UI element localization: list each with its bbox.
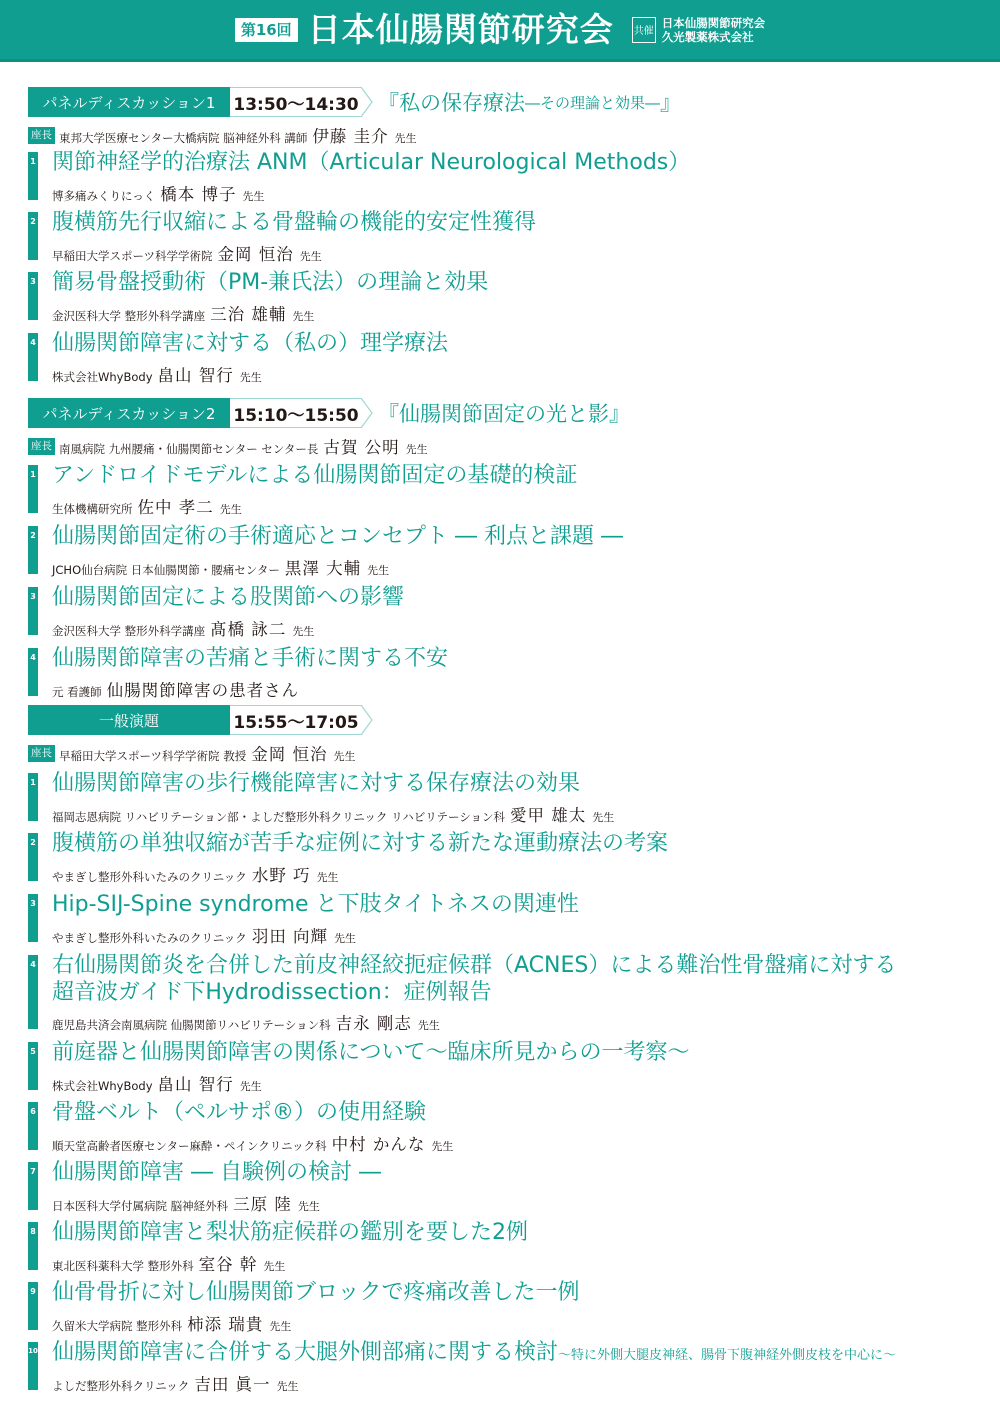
speaker-name: 吉田 眞一 bbox=[194, 1371, 270, 1395]
talk-item: 3 仙腸関節固定による股関節への影響 金沢医科大学 整形外科学講座 髙橋 詠二 … bbox=[28, 587, 988, 635]
chair-badge: 座長 bbox=[28, 745, 55, 762]
session-time: 15:55〜17:05 bbox=[230, 705, 362, 735]
talk-speaker: 博多痛みくりにっく 橋本 博子 先生 bbox=[52, 181, 265, 205]
session-general: 一般演題 15:55〜17:05 座長 早稲田大学スポーツ科学学術院 教授 金岡… bbox=[0, 705, 1000, 735]
speaker-affiliation: 久留米大学病院 整形外科 bbox=[52, 1318, 182, 1334]
session-theme: 『仙腸関節固定の光と影』 bbox=[378, 398, 630, 428]
talk-number: 2 bbox=[28, 838, 38, 847]
theme-sub: ―その理論と効果― bbox=[525, 92, 660, 113]
speaker-honorific: 先生 bbox=[243, 188, 265, 204]
talk-title: 前庭器と仙腸関節障害の関係について〜臨床所見からの一考察〜 bbox=[52, 1039, 690, 1066]
theme-main: 『仙腸関節固定の光と影』 bbox=[378, 398, 630, 428]
talk-item: 4 仙腸関節障害の苦痛と手術に関する不安 元 看護師 仙腸関節障害の患者さん bbox=[28, 648, 988, 696]
speaker-affiliation: 日本医科大学付属病院 脳神経外科 bbox=[52, 1198, 228, 1214]
speaker-honorific: 先生 bbox=[298, 1198, 320, 1214]
talk-number: 3 bbox=[28, 277, 38, 286]
speaker-affiliation: 株式会社WhyBody bbox=[52, 369, 153, 385]
chair-name: 古賀 公明 bbox=[323, 434, 399, 458]
talk-speaker: 早稲田大学スポーツ科学学術院 金岡 恒治 先生 bbox=[52, 241, 322, 265]
session-theme: 『私の保存療法 ―その理論と効果―』 bbox=[378, 87, 681, 117]
talk-speaker: よしだ整形外科クリニック 吉田 眞一 先生 bbox=[52, 1371, 299, 1395]
talk-item: 4 仙腸関節障害に対する（私の）理学療法 株式会社WhyBody 畠山 智行 先… bbox=[28, 333, 988, 381]
talk-title: 仙腸関節障害に合併する大腿外側部痛に関する検討〜特に外側大腿皮神経、腸骨下腹神経… bbox=[52, 1339, 896, 1369]
talk-item: 10 仙腸関節障害に合併する大腿外側部痛に関する検討〜特に外側大腿皮神経、腸骨下… bbox=[28, 1342, 988, 1390]
talk-title-main: 仙腸関節障害に合併する大腿外側部痛に関する検討 bbox=[52, 1340, 558, 1365]
page-header: 第16回 日本仙腸関節研究会 共催 日本仙腸関節研究会 久光製薬株式会社 bbox=[0, 0, 1000, 62]
theme-close: 』 bbox=[660, 87, 681, 117]
chair-affiliation: 東邦大学医療センター大橋病院 脳神経外科 講師 bbox=[59, 130, 307, 146]
speaker-honorific: 先生 bbox=[240, 369, 262, 385]
chairperson: 座長 東邦大学医療センター大橋病院 脳神経外科 講師 伊藤 圭介 先生 bbox=[28, 123, 417, 147]
speaker-name: 仙腸関節障害の患者さん bbox=[107, 677, 300, 701]
talk-title-note: 〜特に外側大腿皮神経、腸骨下腹神経外側皮枝を中心に〜 bbox=[558, 1348, 896, 1363]
talk-item: 7 仙腸関節障害 ― 自験例の検討 ― 日本医科大学付属病院 脳神経外科 三原 … bbox=[28, 1162, 988, 1210]
speaker-affiliation: よしだ整形外科クリニック bbox=[52, 1378, 189, 1394]
speaker-name: 柿添 瑞貴 bbox=[187, 1311, 263, 1335]
talk-title: 仙腸関節障害の苦痛と手術に関する不安 bbox=[52, 645, 448, 672]
edition-badge: 第16回 bbox=[235, 18, 298, 42]
talk-speaker: 金沢医科大学 整形外科学講座 三治 雄輔 先生 bbox=[52, 301, 314, 325]
speaker-name: 畠山 智行 bbox=[158, 1071, 234, 1095]
chair-honorific: 先生 bbox=[406, 441, 428, 457]
speaker-name: 中村 かんな bbox=[332, 1131, 426, 1155]
chevron-right-icon bbox=[360, 398, 374, 428]
talk-number: 1 bbox=[28, 778, 38, 787]
speaker-affiliation: JCHO仙台病院 日本仙腸関節・腰痛センター bbox=[52, 562, 280, 578]
talk-number: 3 bbox=[28, 592, 38, 601]
talk-speaker: やまぎし整形外科いたみのクリニック 水野 巧 先生 bbox=[52, 862, 339, 886]
chairperson: 座長 早稲田大学スポーツ科学学術院 教授 金岡 恒治 先生 bbox=[28, 741, 355, 765]
talk-number: 1 bbox=[28, 470, 38, 479]
talk-title: 仙腸関節固定による股関節への影響 bbox=[52, 584, 404, 611]
talk-number: 3 bbox=[28, 899, 38, 908]
hatch-decoration bbox=[665, 398, 973, 428]
speaker-honorific: 先生 bbox=[317, 869, 339, 885]
talk-title: 骨盤ベルト（ペルサポ®）の使用経験 bbox=[52, 1099, 426, 1126]
speaker-honorific: 先生 bbox=[292, 308, 314, 324]
talk-title: 腹横筋の単独収縮が苦手な症例に対する新たな運動療法の考案 bbox=[52, 830, 668, 857]
speaker-affiliation: 元 看護師 bbox=[52, 684, 102, 700]
talk-item: 4 右仙腸関節炎を合併した前皮神経絞扼症候群（ACNES）による難治性骨盤痛に対… bbox=[28, 955, 988, 1029]
speaker-honorific: 先生 bbox=[263, 1258, 285, 1274]
session-label: 一般演題 bbox=[28, 705, 230, 735]
talk-speaker: 福岡志恩病院 リハビリテーション部・よしだ整形外科クリニック リハビリテーション… bbox=[52, 802, 614, 826]
speaker-affiliation: やまぎし整形外科いたみのクリニック bbox=[52, 869, 247, 885]
talk-speaker: 東北医科薬科大学 整形外科 室谷 幹 先生 bbox=[52, 1251, 285, 1275]
talk-item: 1 アンドロイドモデルによる仙腸関節固定の基礎的検証 生体機構研究所 佐中 孝二… bbox=[28, 465, 988, 513]
session-panel-2: パネルディスカッション2 15:10〜15:50 『仙腸関節固定の光と影』 座長… bbox=[0, 398, 1000, 428]
talk-speaker: 元 看護師 仙腸関節障害の患者さん bbox=[52, 677, 305, 701]
talk-speaker: 金沢医科大学 整形外科学講座 髙橋 詠二 先生 bbox=[52, 616, 314, 640]
talk-number: 1 bbox=[28, 157, 38, 166]
speaker-name: 吉永 剛志 bbox=[336, 1010, 412, 1034]
session-label: パネルディスカッション1 bbox=[28, 87, 230, 117]
speaker-honorific: 先生 bbox=[292, 623, 314, 639]
chair-honorific: 先生 bbox=[333, 748, 355, 764]
speaker-name: 黒澤 大輔 bbox=[285, 555, 361, 579]
speaker-affiliation: 金沢医科大学 整形外科学講座 bbox=[52, 623, 205, 639]
talk-number: 7 bbox=[28, 1167, 38, 1176]
session-time: 13:50〜14:30 bbox=[230, 87, 362, 117]
speaker-name: 愛甲 雄太 bbox=[510, 802, 586, 826]
talk-title: 仙腸関節障害 ― 自験例の検討 ― bbox=[52, 1159, 381, 1186]
talk-title: 右仙腸関節炎を合併した前皮神経絞扼症候群（ACNES）による難治性骨盤痛に対する bbox=[52, 952, 896, 979]
speaker-affiliation: 金沢医科大学 整形外科学講座 bbox=[52, 308, 205, 324]
theme-main: 『私の保存療法 bbox=[378, 87, 525, 117]
speaker-honorific: 先生 bbox=[367, 562, 389, 578]
talk-number: 9 bbox=[28, 1287, 38, 1296]
cohost-list: 日本仙腸関節研究会 久光製薬株式会社 bbox=[662, 16, 766, 44]
talk-speaker: JCHO仙台病院 日本仙腸関節・腰痛センター 黒澤 大輔 先生 bbox=[52, 555, 389, 579]
speaker-name: 髙橋 詠二 bbox=[210, 616, 286, 640]
speaker-honorific: 先生 bbox=[592, 809, 614, 825]
talk-title: 簡易骨盤授動術（PM-兼氏法）の理論と効果 bbox=[52, 269, 488, 296]
chevron-right-icon bbox=[360, 705, 374, 735]
talk-item: 8 仙腸関節障害と梨状筋症候群の鑑別を要した2例 東北医科薬科大学 整形外科 室… bbox=[28, 1222, 988, 1270]
talk-number: 4 bbox=[28, 960, 38, 969]
chairperson: 座長 南風病院 九州腰痛・仙腸関節センター センター長 古賀 公明 先生 bbox=[28, 434, 428, 458]
speaker-name: 三治 雄輔 bbox=[210, 301, 286, 325]
talk-item: 6 骨盤ベルト（ペルサポ®）の使用経験 順天堂高齢者医療センター麻酔・ペインクリ… bbox=[28, 1102, 988, 1150]
talk-item: 2 腹横筋の単独収縮が苦手な症例に対する新たな運動療法の考案 やまぎし整形外科い… bbox=[28, 833, 988, 881]
talk-speaker: 鹿児島共済会南風病院 仙腸関節リハビリテーション科 吉永 剛志 先生 bbox=[52, 1010, 440, 1034]
talk-number: 2 bbox=[28, 531, 38, 540]
talk-number: 2 bbox=[28, 217, 38, 226]
talk-item: 2 腹横筋先行収縮による骨盤輪の機能的安定性獲得 早稲田大学スポーツ科学学術院 … bbox=[28, 212, 988, 260]
cohost-badge: 共催 bbox=[632, 17, 656, 43]
speaker-affiliation: 生体機構研究所 bbox=[52, 501, 133, 517]
speaker-honorific: 先生 bbox=[277, 1378, 299, 1394]
talk-number: 5 bbox=[28, 1047, 38, 1056]
speaker-honorific: 先生 bbox=[240, 1078, 262, 1094]
talk-item: 2 仙腸関節固定術の手術適応とコンセプト ― 利点と課題 ― JCHO仙台病院 … bbox=[28, 526, 988, 574]
speaker-name: 橋本 博子 bbox=[160, 181, 236, 205]
talk-speaker: 日本医科大学付属病院 脳神経外科 三原 陸 先生 bbox=[52, 1191, 320, 1215]
speaker-honorific: 先生 bbox=[300, 248, 322, 264]
talk-title: 腹横筋先行収縮による骨盤輪の機能的安定性獲得 bbox=[52, 209, 536, 236]
speaker-name: 水野 巧 bbox=[252, 862, 311, 886]
talk-speaker: 順天堂高齢者医療センター麻酔・ペインクリニック科 中村 かんな 先生 bbox=[52, 1131, 453, 1155]
speaker-affiliation: やまぎし整形外科いたみのクリニック bbox=[52, 930, 247, 946]
speaker-name: 室谷 幹 bbox=[199, 1251, 258, 1275]
talk-title: 仙腸関節障害に対する（私の）理学療法 bbox=[52, 330, 448, 357]
talk-title: 仙腸関節固定術の手術適応とコンセプト ― 利点と課題 ― bbox=[52, 523, 623, 550]
speaker-honorific: 先生 bbox=[269, 1318, 291, 1334]
talk-title: 仙骨骨折に対し仙腸関節ブロックで疼痛改善した一例 bbox=[52, 1279, 580, 1306]
speaker-affiliation: 早稲田大学スポーツ科学学術院 bbox=[52, 248, 213, 264]
talk-speaker: 株式会社WhyBody 畠山 智行 先生 bbox=[52, 1071, 262, 1095]
chair-affiliation: 早稲田大学スポーツ科学学術院 教授 bbox=[59, 748, 246, 764]
chair-name: 伊藤 圭介 bbox=[312, 123, 388, 147]
chair-badge: 座長 bbox=[28, 127, 55, 144]
talk-speaker: 生体機構研究所 佐中 孝二 先生 bbox=[52, 494, 242, 518]
talk-speaker: 久留米大学病院 整形外科 柿添 瑞貴 先生 bbox=[52, 1311, 291, 1335]
talk-title: 関節神経学的治療法 ANM（Articular Neurological Met… bbox=[52, 149, 690, 176]
speaker-affiliation: 鹿児島共済会南風病院 仙腸関節リハビリテーション科 bbox=[52, 1017, 331, 1033]
chair-badge: 座長 bbox=[28, 438, 55, 455]
talk-item: 3 簡易骨盤授動術（PM-兼氏法）の理論と効果 金沢医科大学 整形外科学講座 三… bbox=[28, 272, 988, 320]
speaker-affiliation: 東北医科薬科大学 整形外科 bbox=[52, 1258, 194, 1274]
session-panel-1: パネルディスカッション1 13:50〜14:30 『私の保存療法 ―その理論と効… bbox=[0, 87, 1000, 117]
speaker-affiliation: 順天堂高齢者医療センター麻酔・ペインクリニック科 bbox=[52, 1138, 327, 1154]
speaker-honorific: 先生 bbox=[431, 1138, 453, 1154]
chair-affiliation: 南風病院 九州腰痛・仙腸関節センター センター長 bbox=[59, 441, 318, 457]
talk-item: 5 前庭器と仙腸関節障害の関係について〜臨床所見からの一考察〜 株式会社WhyB… bbox=[28, 1042, 988, 1090]
chevron-right-icon bbox=[360, 87, 374, 117]
session-label: パネルディスカッション2 bbox=[28, 398, 230, 428]
hatch-decoration bbox=[378, 705, 973, 735]
talk-number: 4 bbox=[28, 338, 38, 347]
speaker-affiliation: 株式会社WhyBody bbox=[52, 1078, 153, 1094]
speaker-name: 三原 陸 bbox=[233, 1191, 292, 1215]
speaker-honorific: 先生 bbox=[220, 501, 242, 517]
talk-title: 仙腸関節障害と梨状筋症候群の鑑別を要した2例 bbox=[52, 1219, 528, 1246]
speaker-honorific: 先生 bbox=[418, 1017, 440, 1033]
talk-title: アンドロイドモデルによる仙腸関節固定の基礎的検証 bbox=[52, 462, 577, 489]
speaker-name: 金岡 恒治 bbox=[218, 241, 294, 265]
speaker-name: 畠山 智行 bbox=[158, 362, 234, 386]
speaker-honorific: 先生 bbox=[334, 930, 356, 946]
talk-number: 4 bbox=[28, 653, 38, 662]
talk-speaker: 株式会社WhyBody 畠山 智行 先生 bbox=[52, 362, 262, 386]
talk-number: 6 bbox=[28, 1107, 38, 1116]
talk-speaker: やまぎし整形外科いたみのクリニック 羽田 向輝 先生 bbox=[52, 923, 356, 947]
hatch-decoration bbox=[735, 87, 973, 117]
conference-title: 日本仙腸関節研究会 bbox=[308, 10, 614, 50]
talk-item: 3 Hip-SIJ-Spine syndrome と下肢タイトネスの関連性 やま… bbox=[28, 894, 988, 942]
chair-name: 金岡 恒治 bbox=[251, 741, 327, 765]
talk-item: 1 仙腸関節障害の歩行機能障害に対する保存療法の効果 福岡志恩病院 リハビリテー… bbox=[28, 773, 988, 821]
speaker-affiliation: 博多痛みくりにっく bbox=[52, 188, 155, 204]
speaker-affiliation: 福岡志恩病院 リハビリテーション部・よしだ整形外科クリニック リハビリテーション… bbox=[52, 809, 505, 825]
talk-title-line2: 超音波ガイド下Hydrodissection：症例報告 bbox=[52, 979, 492, 1006]
session-time: 15:10〜15:50 bbox=[230, 398, 362, 428]
talk-title: 仙腸関節障害の歩行機能障害に対する保存療法の効果 bbox=[52, 770, 580, 797]
cohost-item: 日本仙腸関節研究会 bbox=[662, 16, 766, 30]
cohost-item: 久光製薬株式会社 bbox=[662, 30, 766, 44]
speaker-name: 佐中 孝二 bbox=[138, 494, 214, 518]
talk-number: 10 bbox=[28, 1347, 38, 1355]
speaker-name: 羽田 向輝 bbox=[252, 923, 328, 947]
talk-number: 8 bbox=[28, 1227, 38, 1236]
chair-honorific: 先生 bbox=[395, 130, 417, 146]
talk-title: Hip-SIJ-Spine syndrome と下肢タイトネスの関連性 bbox=[52, 891, 579, 918]
talk-item: 9 仙骨骨折に対し仙腸関節ブロックで疼痛改善した一例 久留米大学病院 整形外科 … bbox=[28, 1282, 988, 1330]
talk-item: 1 関節神経学的治療法 ANM（Articular Neurological M… bbox=[28, 152, 988, 200]
